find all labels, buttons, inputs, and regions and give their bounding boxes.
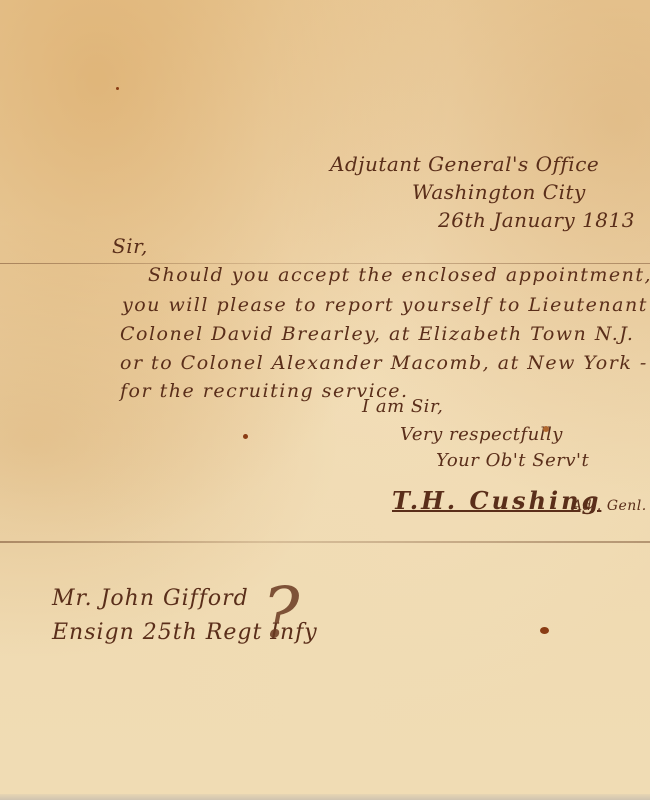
paper-bottom-edge (0, 794, 650, 800)
body-line-4: or to Colonel Alexander Macomb, at New Y… (120, 352, 648, 374)
letter-page: Adjutant General's Office Washington Cit… (0, 0, 650, 800)
heading-date: 26th January 1813 (438, 208, 635, 232)
salutation: Sir, (112, 234, 148, 258)
closing-line-1: I am Sir, (362, 396, 443, 417)
ink-stain (243, 434, 248, 439)
ink-speck (116, 87, 119, 90)
heading-office: Adjutant General's Office (330, 152, 599, 176)
closing-line-2: Very respectfully (400, 424, 563, 445)
signature-title: Adj. Genl. (572, 498, 647, 514)
body-line-3: Colonel David Brearley, at Elizabeth Tow… (120, 323, 634, 345)
ink-stain (543, 426, 549, 432)
signature: T.H. Cushing (392, 486, 601, 515)
heading-place: Washington City (412, 180, 586, 204)
addressee-name: Mr. John Gifford (52, 586, 249, 611)
question-mark-flourish: ? (262, 572, 300, 654)
body-line-2: you will please to report yourself to Li… (122, 294, 648, 316)
fold-crease-middle (0, 541, 650, 543)
body-line-1: Should you accept the enclosed appointme… (148, 264, 650, 286)
closing-line-3: Your Ob't Serv't (436, 450, 589, 471)
ink-stain (540, 627, 549, 634)
